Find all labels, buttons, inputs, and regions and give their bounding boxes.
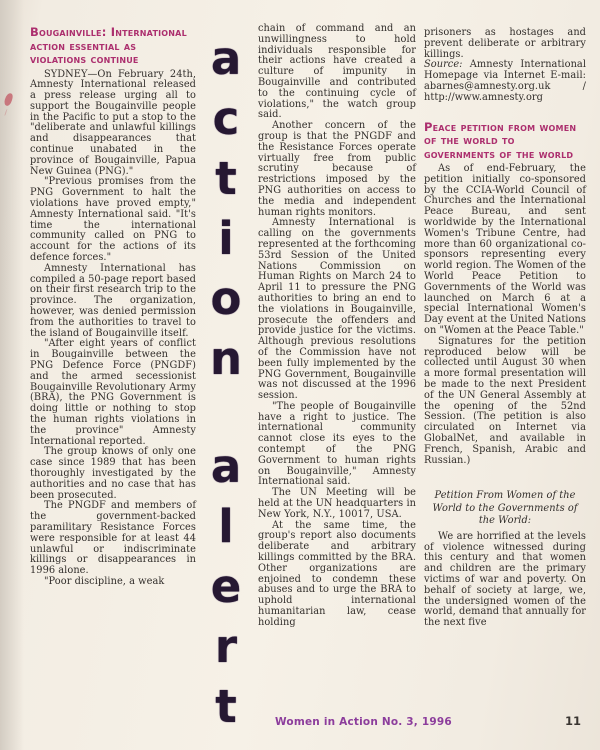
scan-gutter-shadow	[0, 0, 24, 750]
source-label: Source:	[424, 59, 463, 70]
column-right: prisoners as hostages and prevent delibe…	[424, 28, 586, 629]
banner-letter: c	[213, 88, 240, 148]
banner-letter: l	[218, 496, 233, 556]
paragraph: Another concern of the group is that the…	[258, 121, 416, 218]
paragraph: "After eight years of conflict in Bougai…	[30, 339, 196, 447]
action-alert-vertical-banner: a c t i o n a l e r t	[197, 28, 255, 736]
banner-letter: n	[210, 328, 242, 388]
banner-letter: o	[211, 268, 242, 328]
paragraph: "Poor discipline, a weak	[30, 577, 196, 588]
paragraph: At the same time, the group's report als…	[258, 521, 416, 629]
article-heading-bougainville: Bougainville: International action essen…	[30, 26, 196, 67]
column-middle: chain of command and an unwillingness to…	[258, 24, 416, 629]
column-left: Bougainville: International action essen…	[30, 26, 196, 588]
paragraph: The UN Meeting will be held at the UN he…	[258, 488, 416, 520]
banner-letter: e	[211, 556, 242, 616]
petition-title: Petition From Women of the World to the …	[424, 490, 586, 528]
article-heading-peace-petition: Peace petition from women of the world t…	[424, 121, 586, 162]
banner-letter: r	[215, 616, 237, 676]
paragraph: Amnesty International is calling on the …	[258, 218, 416, 402]
paragraph: Amnesty International has compiled a 50-…	[30, 264, 196, 340]
paragraph: The PNGDF and members of the government-…	[30, 501, 196, 577]
footer-page-number: 11	[565, 714, 581, 728]
banner-letter: i	[218, 208, 233, 268]
source-line: Source: Amnesty International Homepage v…	[424, 60, 586, 103]
paragraph: We are horrified at the levels of violen…	[424, 532, 586, 629]
paragraph: "Previous promises from the PNG Governme…	[30, 177, 196, 263]
footer-journal-title: Women in Action No. 3, 1996	[275, 716, 452, 728]
paragraph: As of end-February, the petition initial…	[424, 164, 586, 337]
paragraph: Signatures for the petition reproduced b…	[424, 337, 586, 467]
banner-letter: t	[215, 148, 237, 208]
paragraph: chain of command and an unwillingness to…	[258, 24, 416, 121]
paragraph: SYDNEY—On February 24th, Amnesty Interna…	[30, 70, 196, 178]
paragraph: The group knows of only one case since 1…	[30, 447, 196, 501]
banner-letter: a	[211, 436, 241, 496]
banner-letter: a	[211, 28, 241, 88]
magazine-page: Bougainville: International action essen…	[0, 0, 600, 750]
paragraph: "The people of Bougainville have a right…	[258, 402, 416, 488]
banner-letter: t	[215, 676, 237, 736]
paragraph: prisoners as hostages and prevent delibe…	[424, 28, 586, 60]
